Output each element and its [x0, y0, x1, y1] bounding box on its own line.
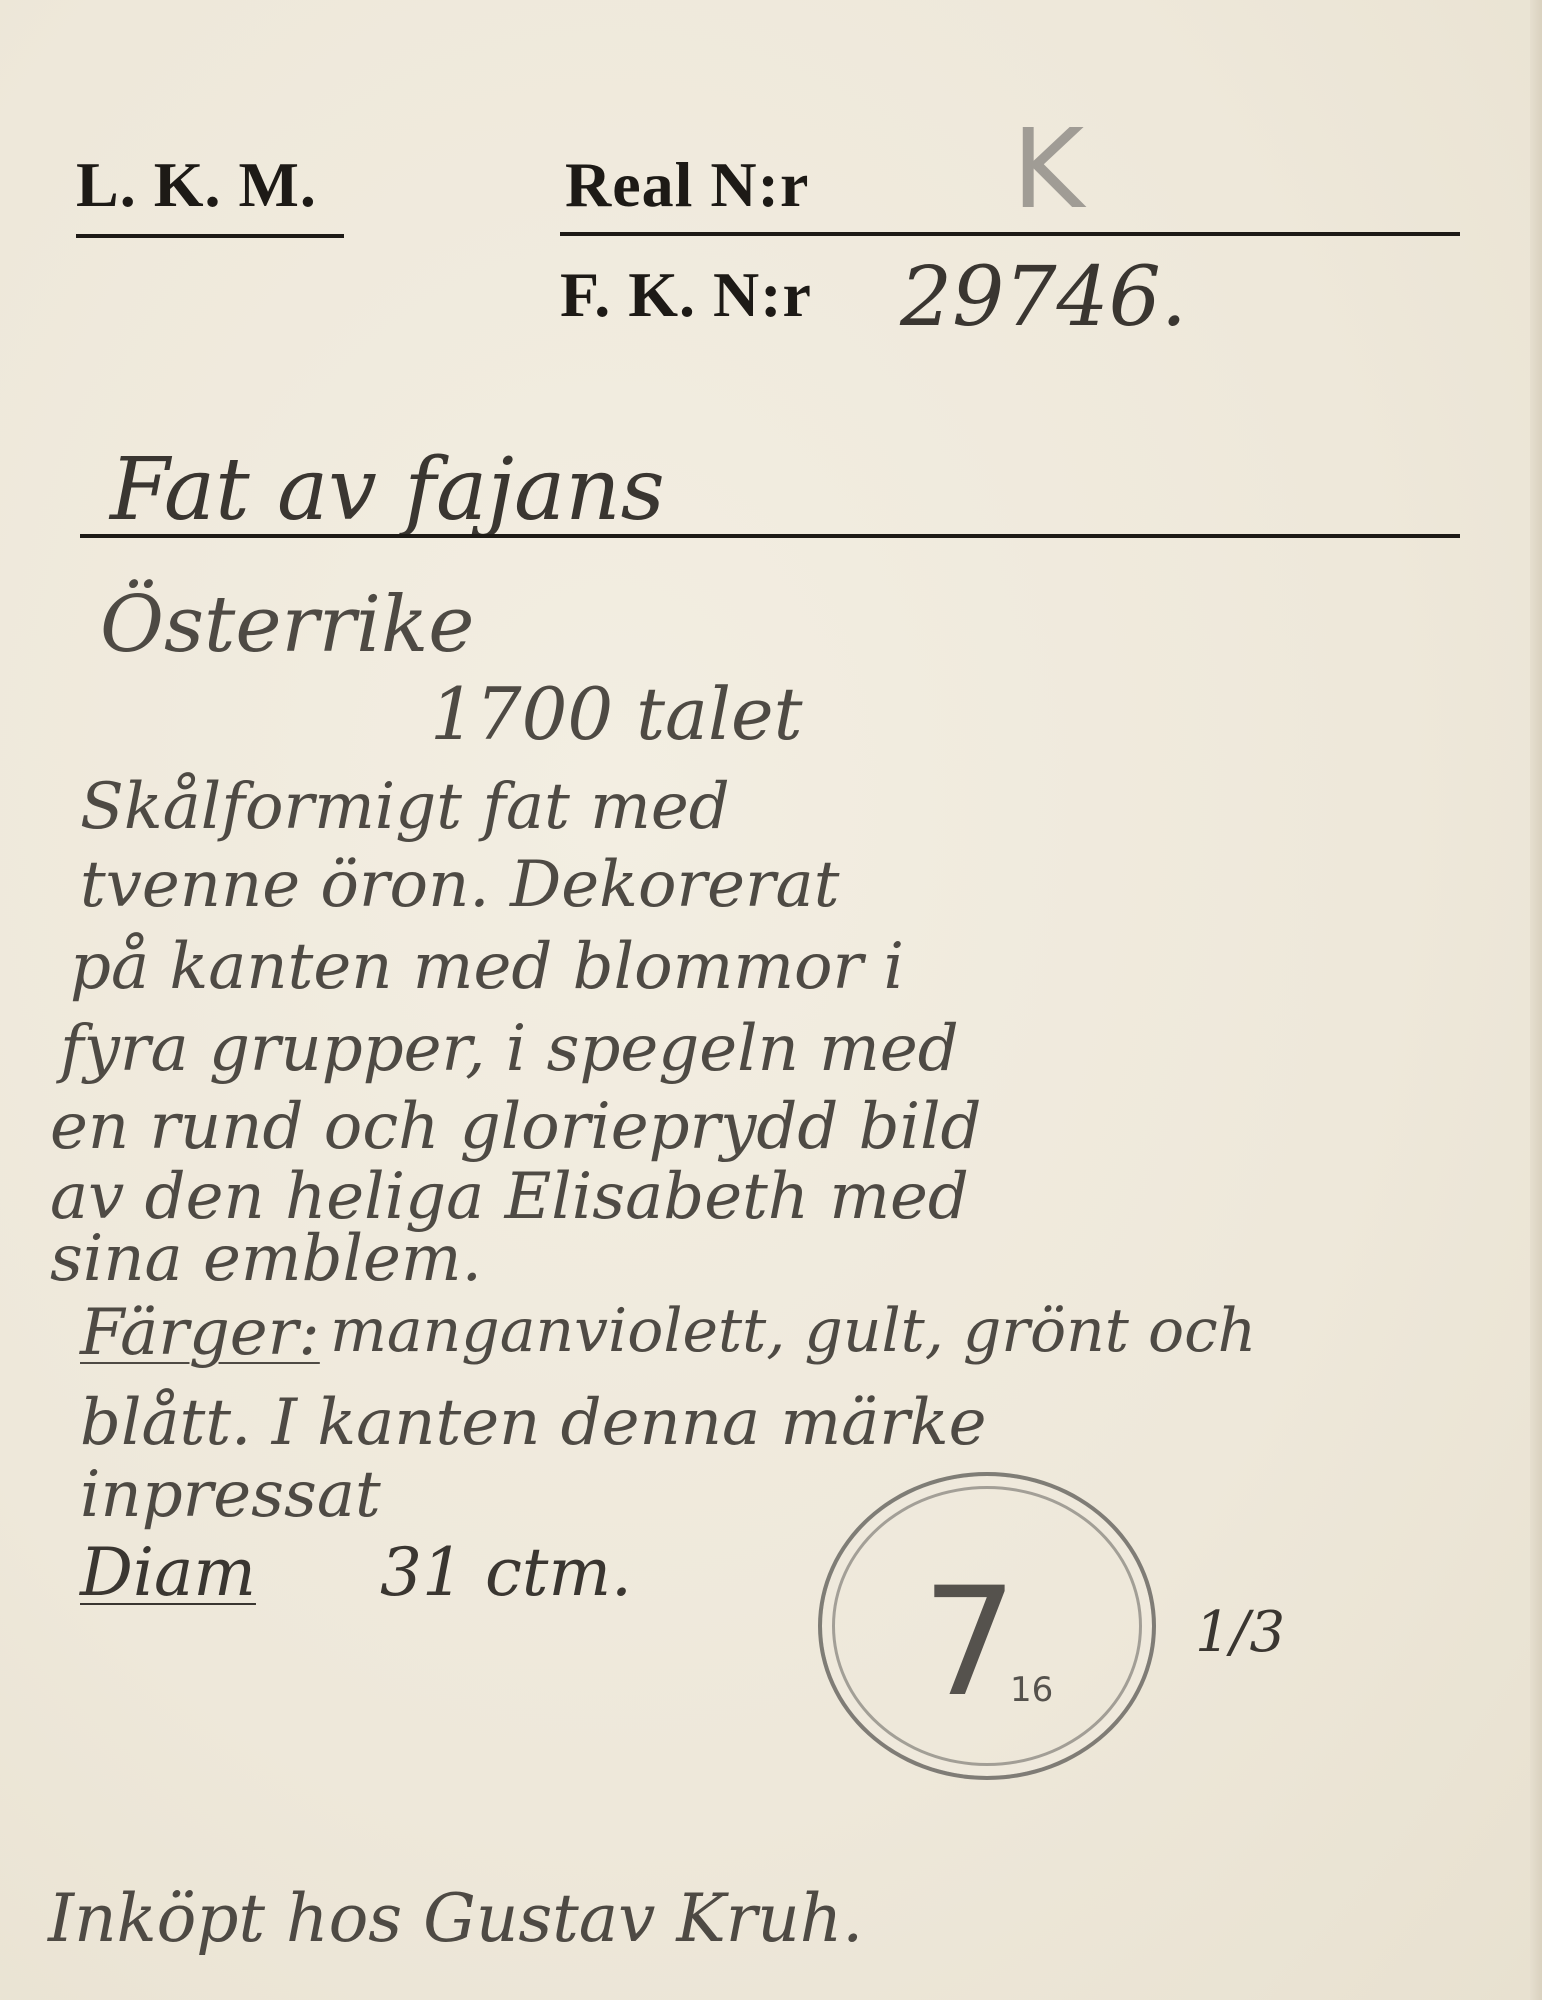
- colors-line: manganviolett, gult, grönt och: [330, 1296, 1256, 1366]
- colors-line: blått. I kanten denna märke: [80, 1386, 987, 1460]
- object-title: Fat av fajans: [110, 440, 665, 540]
- mark-scale: 1/3: [1195, 1600, 1285, 1665]
- card-edge: [1530, 0, 1542, 2000]
- fk-nr-label: F. K. N:r: [560, 258, 812, 332]
- real-nr-value: K: [1012, 105, 1084, 233]
- institution-underline: [76, 234, 344, 238]
- description-line: en rund och glorieprydd bild: [50, 1090, 982, 1164]
- description-line: tvenne öron. Dekorerat: [80, 848, 839, 922]
- object-origin: Österrike: [100, 580, 474, 670]
- fk-nr-value: 29746.: [900, 250, 1187, 345]
- real-nr-rule: [560, 232, 1460, 236]
- object-period: 1700 talet: [430, 672, 803, 756]
- real-nr-label: Real N:r: [565, 148, 809, 222]
- acquisition-note: Inköpt hos Gustav Kruh.: [48, 1880, 863, 1957]
- description-line: på kanten med blommor i: [70, 930, 904, 1004]
- colors-label: Färger:: [80, 1296, 320, 1370]
- dimensions-label: Diam: [80, 1534, 256, 1611]
- title-rule: [80, 534, 1460, 538]
- dimensions-value: 31 ctm.: [380, 1534, 632, 1611]
- colors-line: inpressat: [80, 1458, 381, 1532]
- institution-label: L. K. M.: [76, 148, 317, 222]
- makers-mark-symbol: 7: [922, 1568, 1017, 1718]
- description-line: sina emblem.: [50, 1222, 482, 1296]
- description-line: Skålformigt fat med: [80, 770, 730, 844]
- makers-mark-subscript: 16: [1010, 1670, 1053, 1710]
- description-line: fyra grupper, i spegeln med: [60, 1012, 959, 1086]
